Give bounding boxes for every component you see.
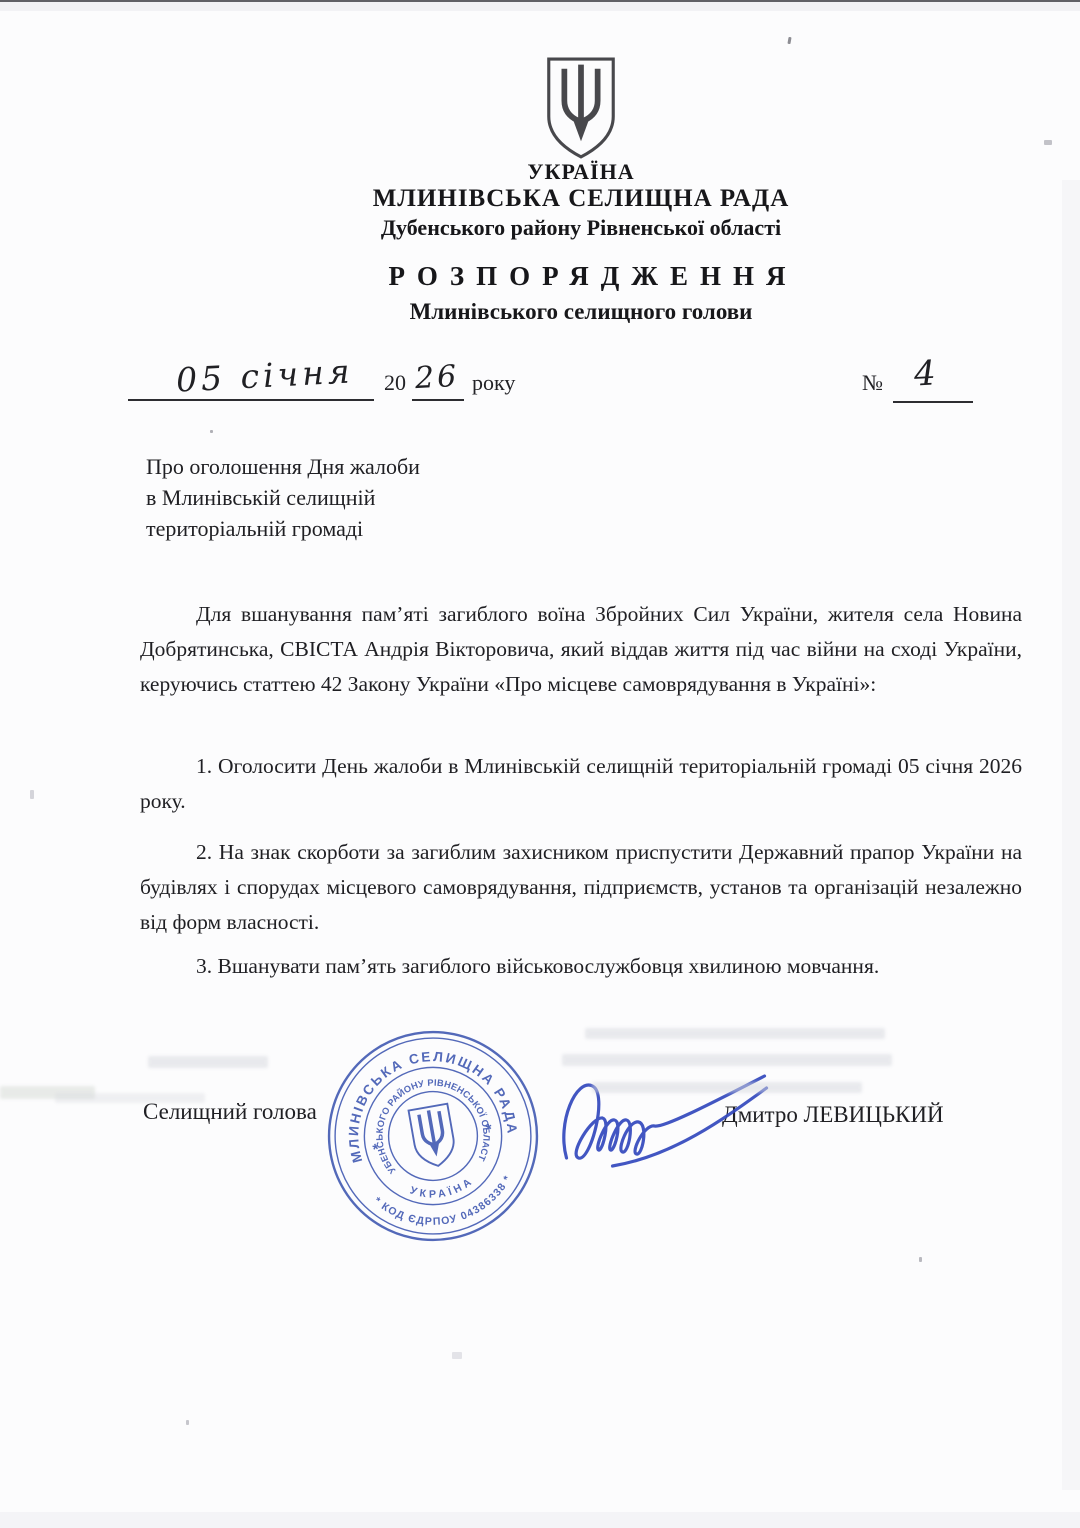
subject-block: Про оголошення Дня жалоби в Млинівській … (146, 451, 420, 544)
stamp-trident-icon (409, 1104, 458, 1170)
ukraine-coat-of-arms-icon (544, 56, 618, 160)
svg-text:МЛИНІВСЬКА СЕЛИЩНА РАДА: МЛИНІВСЬКА СЕЛИЩНА РАДА (332, 1035, 521, 1164)
document-type-title: РОЗПОРЯДЖЕННЯ (140, 261, 1034, 292)
scan-artifact (1044, 140, 1052, 145)
ghost-text-artifact (562, 1054, 892, 1066)
document-subtitle: Млинівського селищного голови (140, 299, 1022, 325)
header-district: Дубенського району Рівненської області (140, 215, 1022, 241)
order-item-2: 2. На знак скорботи за загиблим захисник… (140, 835, 1022, 940)
scan-artifact (452, 1352, 462, 1359)
subject-line: в Млинівській селищній (146, 482, 420, 513)
scan-artifact (210, 430, 213, 433)
scan-artifact (787, 37, 791, 44)
year-underline (412, 399, 464, 401)
ghost-text-artifact (592, 1082, 862, 1093)
handwritten-year: 26 (414, 359, 460, 396)
subject-line: територіальній громаді (146, 513, 420, 544)
scan-artifact (186, 1420, 189, 1425)
official-round-stamp: МЛИНІВСЬКА СЕЛИЩНА РАДА * КОД ЄДРПОУ 043… (304, 1007, 561, 1264)
ghost-text-artifact (148, 1056, 268, 1068)
scan-artifact (919, 1257, 922, 1262)
handwritten-signature (550, 1060, 785, 1190)
svg-text:* КОД ЄДРПОУ 04386338 *: * КОД ЄДРПОУ 04386338 * (370, 1171, 520, 1239)
date-underline (128, 399, 374, 401)
header-council-name: МЛИНІВСЬКА СЕЛИЩНА РАДА (140, 185, 1022, 213)
scan-artifact (1062, 180, 1080, 1490)
number-label: № (862, 370, 883, 396)
scan-artifact (30, 790, 34, 799)
order-item-3: 3. Вшанувати пам’ять загиблого військово… (140, 949, 1022, 984)
scanned-document-page: УКРАЇНА МЛИНІВСЬКА СЕЛИЩНА РАДА Дубенськ… (0, 0, 1080, 1528)
stamp-outer-top-text: МЛИНІВСЬКА СЕЛИЩНА РАДА (332, 1035, 521, 1164)
stamp-outer-bottom-text: * КОД ЄДРПОУ 04386338 * (370, 1171, 520, 1239)
scan-artifact (0, 1512, 1080, 1528)
ghost-text-artifact (55, 1093, 205, 1103)
subject-line: Про оголошення Дня жалоби (146, 451, 420, 482)
intro-paragraph: Для вшанування пам’яті загиблого воїна З… (140, 597, 1022, 702)
number-underline (893, 401, 973, 403)
scan-artifact (0, 2, 1080, 11)
year-prefix: 20 (384, 370, 406, 396)
order-item-1: 1. Оголосити День жалоби в Млинівській с… (140, 749, 1022, 819)
ghost-text-artifact (585, 1028, 885, 1039)
header-country: УКРАЇНА (140, 159, 1022, 185)
handwritten-date: 05 січня (175, 351, 354, 399)
handwritten-number: 4 (913, 353, 937, 394)
year-word: року (472, 370, 515, 396)
